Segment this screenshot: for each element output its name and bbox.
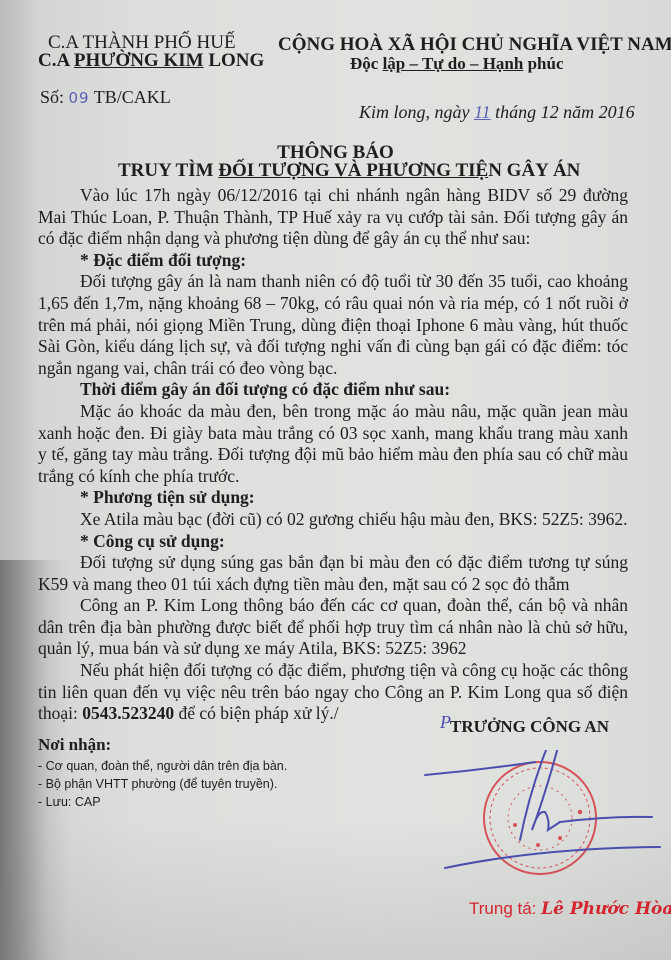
document-subtitle: TRUY TÌM ĐỐI TƯỢNG VÀ PHƯƠNG TIỆN GÂY ÁN xyxy=(118,160,580,182)
contact-phone: 0543.523240 xyxy=(82,703,174,723)
handwritten-day: 11 xyxy=(474,102,491,122)
section-suspect-heading: * Đặc điểm đối tượng: xyxy=(38,250,628,272)
recipients-title: Nơi nhận: xyxy=(38,735,287,755)
contact-paragraph: Nếu phát hiện đối tượng có đặc điểm, phư… xyxy=(38,660,628,725)
recipient-item: - Bộ phận VHTT phường (để tuyên truyền). xyxy=(38,775,287,793)
section-suspect-text: Đối tượng gây án là nam thanh niên có độ… xyxy=(38,271,628,379)
document-body: Vào lúc 17h ngày 06/12/2016 tại chi nhán… xyxy=(38,185,628,725)
recipients-block: Nơi nhận: - Cơ quan, đoàn thể, người dân… xyxy=(38,735,287,811)
national-motto: Độc lập – Tự do – Hạnh phúc xyxy=(350,54,564,74)
recipient-item: - Lưu: CAP xyxy=(38,793,287,811)
handwritten-signature-icon xyxy=(425,750,660,868)
document-number: Số: 09 TB/CAKL xyxy=(40,87,171,108)
notice-paragraph: Công an P. Kim Long thông báo đến các cơ… xyxy=(38,595,628,660)
section-tools-text: Đối tượng sử dụng súng gas bắn đạn bi mà… xyxy=(38,552,628,595)
issuing-agency-ward: C.A PHƯỜNG KIM LONG xyxy=(38,50,264,72)
section-tools-heading: * Công cụ sử dụng: xyxy=(38,531,628,553)
intro-paragraph: Vào lúc 17h ngày 06/12/2016 tại chi nhán… xyxy=(38,185,628,250)
handwritten-number: 09 xyxy=(69,89,90,107)
stamp-and-signature-icon xyxy=(420,750,670,900)
section-vehicle-heading: * Phương tiện sử dụng: xyxy=(38,487,628,509)
section-appearance-heading: Thời điểm gây án đối tượng có đặc điểm n… xyxy=(38,379,628,401)
recipient-item: - Cơ quan, đoàn thể, người dân trên địa … xyxy=(38,757,287,775)
document-date: Kim long, ngày 11 tháng 12 năm 2016 xyxy=(359,102,635,123)
signer-title: TRƯỞNG CÔNG AN xyxy=(450,717,609,737)
signer-name: Trung tá: Lê Phước Hòa xyxy=(469,899,671,919)
national-title: CỘNG HOÀ XÃ HỘI CHỦ NGHĨA VIỆT NAM xyxy=(278,34,671,56)
section-vehicle-text: Xe Atila màu bạc (đời cũ) có 02 gương ch… xyxy=(38,509,628,531)
section-appearance-text: Mặc áo khoác da màu đen, bên trong mặc á… xyxy=(38,401,628,487)
